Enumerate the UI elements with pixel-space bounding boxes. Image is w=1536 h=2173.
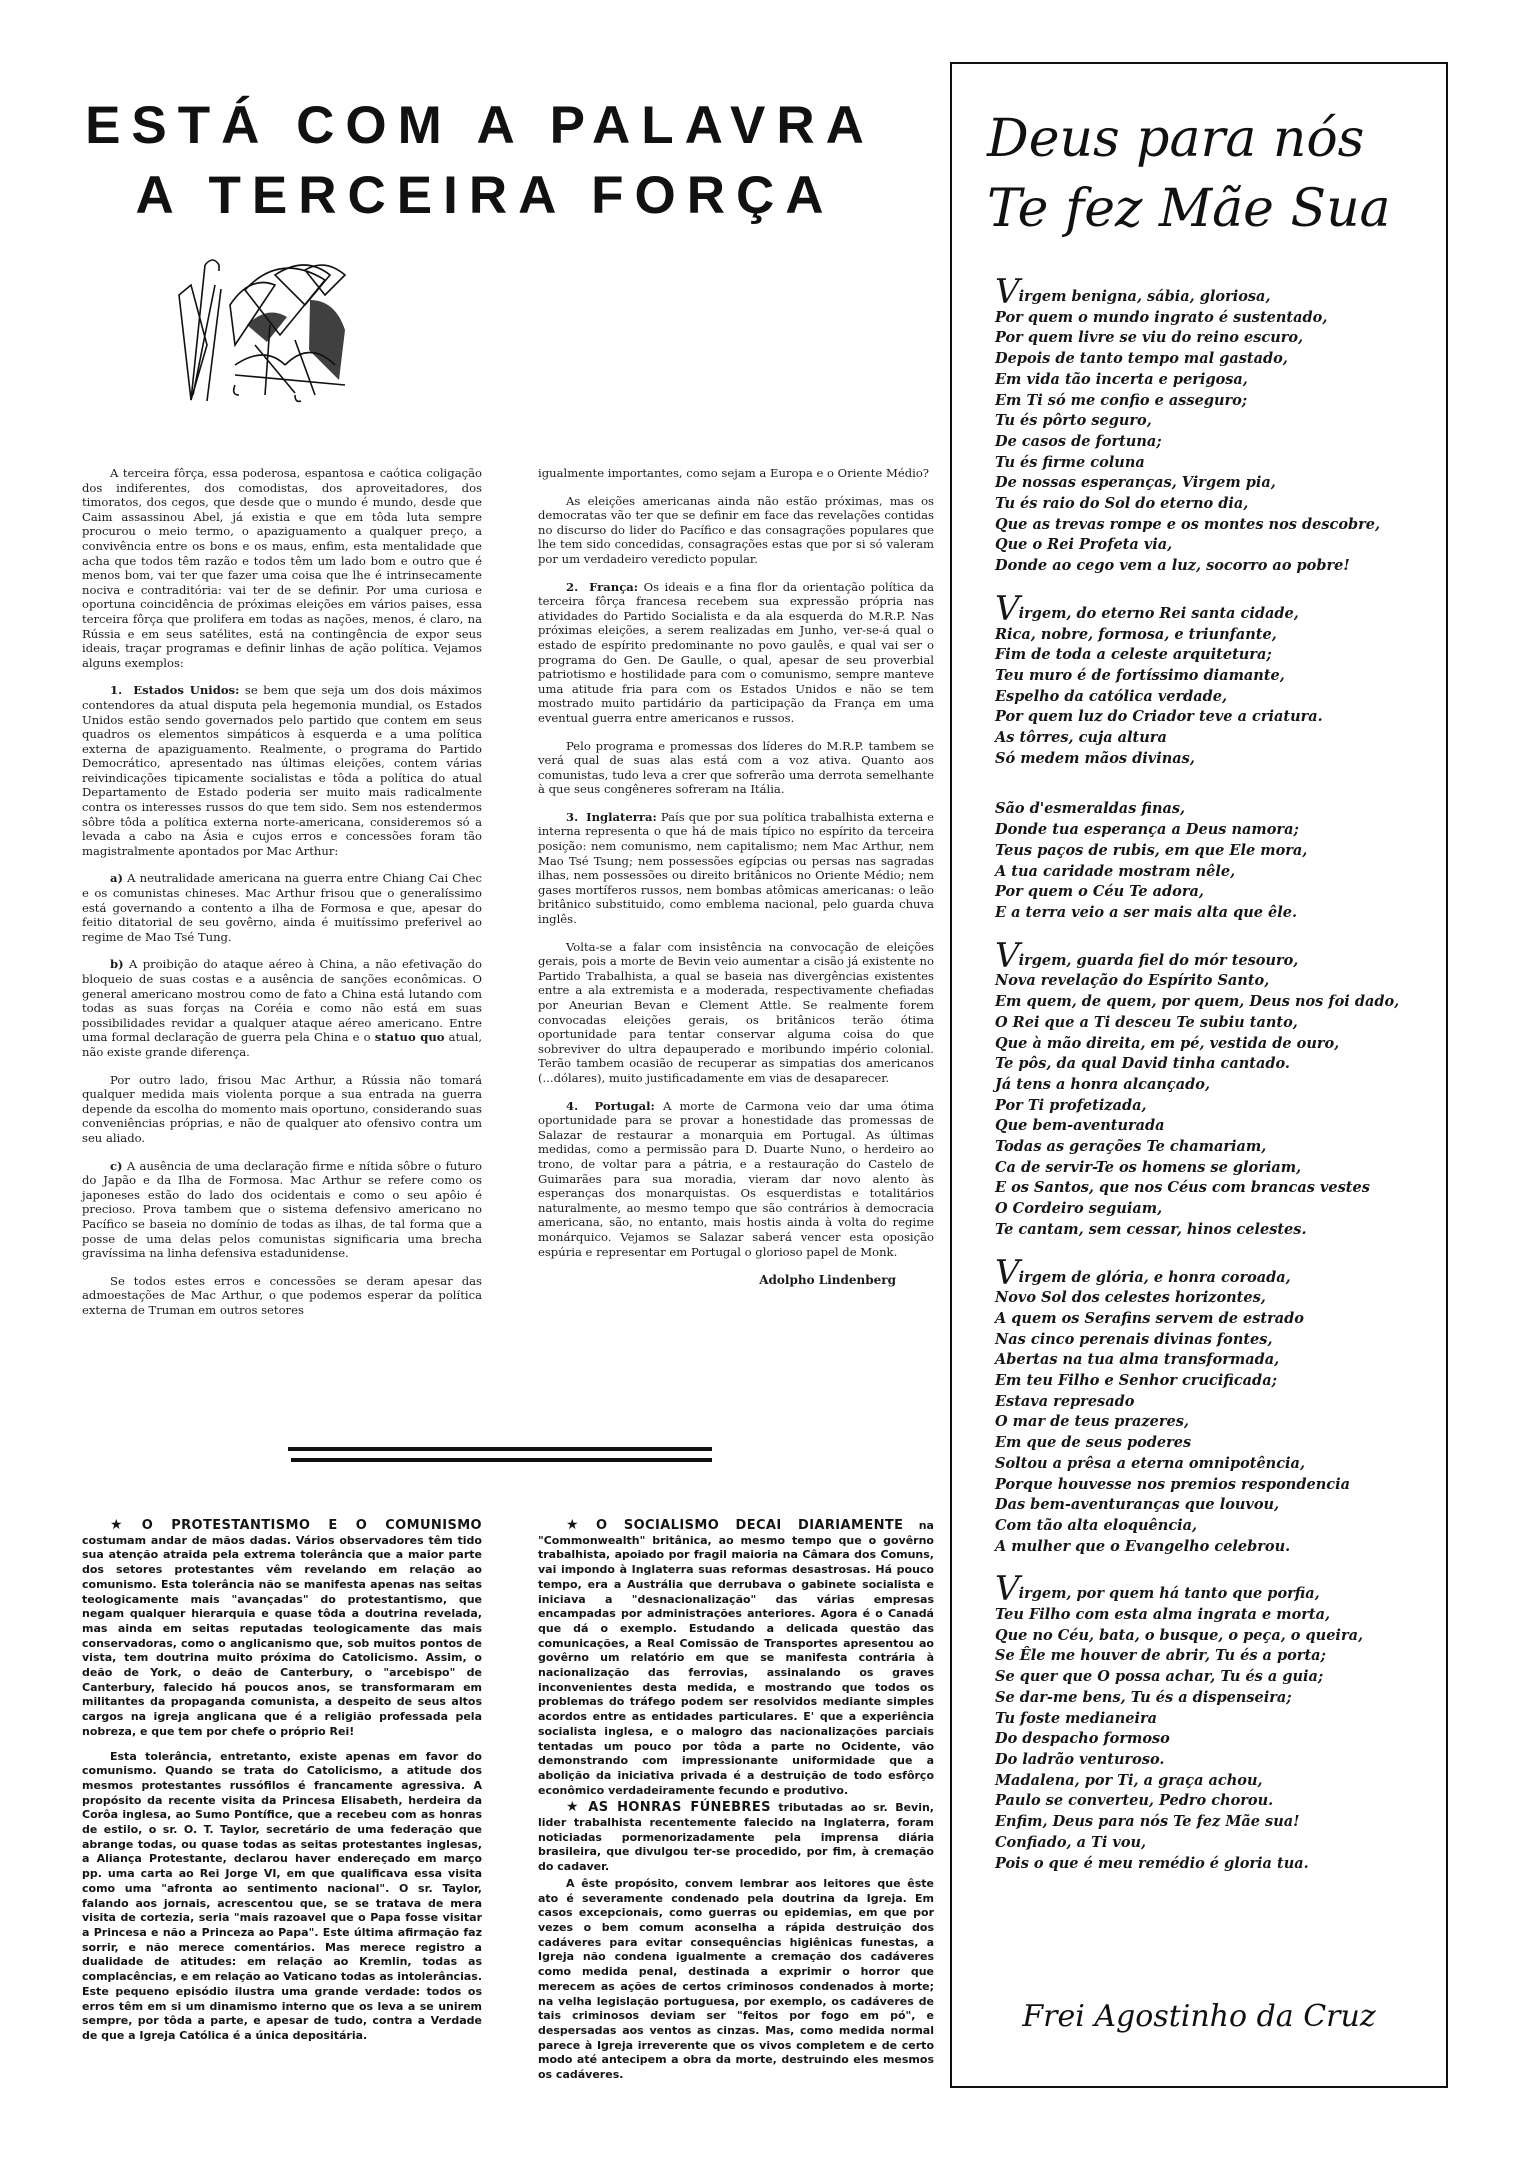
umbrellas-illustration-icon [175, 245, 365, 415]
poem-line: Em vida tão incerta e perigosa, [995, 370, 1425, 391]
poem-line: Tu foste medianeira [995, 1709, 1425, 1730]
poem-line: Abertas na tua alma transformada, [995, 1350, 1425, 1371]
poem-line: Que no Céu, bata, o busque, o peça, o qu… [995, 1626, 1425, 1647]
headline-line-1: ESTÁ COM A PALAVRA [40, 91, 920, 161]
paragraph-eleicoes: As eleições americanas ainda não estão p… [538, 494, 934, 567]
poem-title-line-1: Deus para nós [987, 109, 1364, 169]
section-portugal: 4. Portugal: A morte de Carmona veio dar… [538, 1099, 934, 1260]
poem-line: Paulo se converteu, Pedro chorou. [995, 1791, 1425, 1812]
poem-line: Teu muro é de fortíssimo diamante, [995, 666, 1425, 687]
poem-line: Se Êle me houver de abrir, Tu és a porta… [995, 1646, 1425, 1667]
note-cremacao: A êste propósito, convem lembrar aos lei… [538, 1877, 934, 2083]
poem-line: Por quem livre se viu do reino escuro, [995, 328, 1425, 349]
poem-line: Por Ti profetizada, [995, 1096, 1425, 1117]
poem-line: Que bem-aventurada [995, 1116, 1425, 1137]
star-icon: ★ [566, 1517, 590, 1533]
drop-cap: V [995, 1569, 1020, 1609]
poem-line: Novo Sol dos celestes horizontes, [995, 1288, 1425, 1309]
poem-line: A mulher que o Evangelho celebrou. [995, 1537, 1425, 1558]
poem-line: Ca de servir-Te os homens se gloriam, [995, 1158, 1425, 1179]
poem-line: Estava represado [995, 1392, 1425, 1413]
poem-line: Do despacho formoso [995, 1729, 1425, 1750]
poem-title-line-2: Te fez Mãe Sua [987, 174, 1427, 244]
poem-line: A tua caridade mostram nêle, [995, 862, 1425, 883]
poem-line: Virgem benigna, sábia, gloriosa, [995, 282, 1425, 308]
section-number: 1. [110, 683, 122, 697]
poem-title: Deus para nós Te fez Mãe Sua [987, 104, 1427, 244]
drop-cap: V [995, 589, 1020, 629]
poem-line: E a terra veio a ser mais alta que êle. [995, 903, 1425, 924]
poem-line: Todas as gerações Te chamariam, [995, 1137, 1425, 1158]
star-icon: ★ [566, 1799, 582, 1815]
note-honras-funebres: ★AS HONRAS FÚNEBRES tributadas ao sr. Be… [538, 1800, 934, 1875]
poem-line: Em teu Filho e Senhor crucificada; [995, 1371, 1425, 1392]
poem-line: Te cantam, sem cessar, hinos celestes. [995, 1220, 1425, 1241]
poem-line: De casos de fortuna; [995, 432, 1425, 453]
paragraph-truman: Se todos estes erros e concessões se der… [82, 1274, 482, 1318]
poem-line: Por quem luz do Criador teve a criatura. [995, 707, 1425, 728]
paragraph-mrp: Pelo programa e promessas dos líderes do… [538, 739, 934, 797]
poem-stanza: Virgem benigna, sábia, gloriosa,Por quem… [995, 282, 1425, 577]
poem-line: Se dar-me bens, Tu és a dispenseira; [995, 1688, 1425, 1709]
poem-line: E os Santos, que nos Céus com brancas ve… [995, 1178, 1425, 1199]
poem-line: O Rei que a Ti desceu Te subiu tanto, [995, 1013, 1425, 1034]
poem-line: Rica, nobre, formosa, e triunfante, [995, 625, 1425, 646]
poem-line: Donde tua esperança a Deus namora; [995, 820, 1425, 841]
poem-stanza: Virgem, por quem há tanto que porfia,Teu… [995, 1579, 1425, 1874]
poem-line: São d'esmeraldas finas, [995, 799, 1425, 820]
section-estados-unidos: 1. Estados Unidos: se bem que seja um do… [82, 683, 482, 858]
poem-line: Donde ao cego vem a luz, socorro ao pobr… [995, 556, 1425, 577]
poem-author: Frei Agostinho da Cruz [952, 1999, 1446, 2034]
poem-line: O mar de teus prazeres, [995, 1412, 1425, 1433]
article-column-2: igualmente importantes, como sejam a Eur… [538, 466, 934, 1288]
note-protestantismo: ★O PROTESTANTISMO E O COMUNISMO costumam… [82, 1518, 482, 1740]
poem-line: Virgem, do eterno Rei santa cidade, [995, 599, 1425, 625]
drop-cap: V [995, 1253, 1020, 1293]
poem-box: Deus para nós Te fez Mãe Sua Virgem beni… [950, 62, 1448, 2088]
poem-line: Te pôs, da qual David tinha cantado. [995, 1054, 1425, 1075]
poem-line: Das bem-aventuranças que louvou, [995, 1495, 1425, 1516]
section-divider [288, 1447, 712, 1462]
point-b: b) A proibição do ataque aéreo à China, … [82, 957, 482, 1059]
poem-line: Já tens a honra alcançado, [995, 1075, 1425, 1096]
poem-line: Depois de tanto tempo mal gastado, [995, 349, 1425, 370]
article-signature: Adolpho Lindenberg [538, 1273, 934, 1288]
poem-line: Só medem mãos divinas, [995, 749, 1425, 770]
poem-body: Virgem benigna, sábia, gloriosa,Por quem… [995, 282, 1425, 1896]
poem-stanza: Virgem, guarda fiel do mór tesouro,Nova … [995, 946, 1425, 1241]
poem-line: Teus paços de rubis, em que Ele mora, [995, 841, 1425, 862]
notes-column-2: ★O SOCIALISMO DECAI DIARIAMENTE na "Comm… [538, 1518, 934, 2093]
poem-line: Tu és raio do Sol do eterno dia, [995, 494, 1425, 515]
section-inglaterra: 3. Inglaterra: País que por sua política… [538, 810, 934, 927]
article-column-1: A terceira fôrça, essa poderosa, espanto… [82, 466, 482, 1330]
poem-line: Se quer que O possa achar, Tu és a guia; [995, 1667, 1425, 1688]
newspaper-page: ESTÁ COM A PALAVRA A TERCEIRA FORÇA A te… [0, 0, 1536, 2173]
poem-stanza: Virgem, do eterno Rei santa cidade,Rica,… [995, 599, 1425, 770]
poem-stanza: Virgem de glória, e honra coroada,Novo S… [995, 1263, 1425, 1558]
continued-paragraph: igualmente importantes, como sejam a Eur… [538, 466, 934, 481]
poem-line: Virgem de glória, e honra coroada, [995, 1263, 1425, 1289]
poem-line: Pois o que é meu remédio é gloria tua. [995, 1854, 1425, 1875]
poem-line: Confiado, a Ti vou, [995, 1833, 1425, 1854]
headline-line-2: A TERCEIRA FORÇA [40, 161, 920, 231]
divider-line [291, 1458, 712, 1462]
intro-paragraph: A terceira fôrça, essa poderosa, espanto… [82, 466, 482, 670]
section-franca: 2. França: Os ideais e a fina flor da or… [538, 580, 934, 726]
poem-line: Soltou a prêsa a eterna omnipotência, [995, 1454, 1425, 1475]
divider-line [288, 1447, 712, 1451]
poem-line: Madalena, por Ti, a graça achou, [995, 1771, 1425, 1792]
poem-line: Virgem, guarda fiel do mór tesouro, [995, 946, 1425, 972]
paragraph-bevin: Volta-se a falar com insistência na conv… [538, 940, 934, 1086]
poem-line: Por quem o mundo ingrato é sustentado, [995, 308, 1425, 329]
poem-line: Do ladrão venturoso. [995, 1750, 1425, 1771]
poem-line: Em que de seus poderes [995, 1433, 1425, 1454]
poem-line: Fim de toda a celeste arquitetura; [995, 645, 1425, 666]
poem-line: Tu és pôrto seguro, [995, 411, 1425, 432]
poem-stanza: São d'esmeraldas finas,Donde tua esperan… [995, 799, 1425, 923]
drop-cap: V [995, 936, 1020, 976]
poem-line: Em quem, de quem, por quem, Deus nos foi… [995, 992, 1425, 1013]
poem-line: Nova revelação do Espírito Santo, [995, 971, 1425, 992]
drop-cap: V [995, 272, 1020, 312]
note-protestantismo-continued: Esta tolerância, entretanto, existe apen… [82, 1750, 482, 2044]
poem-line: Por quem o Céu Te adora, [995, 882, 1425, 903]
poem-line: Nas cinco perenais divinas fontes, [995, 1330, 1425, 1351]
star-icon: ★ [110, 1517, 136, 1533]
poem-line: Em Ti só me confio e asseguro; [995, 391, 1425, 412]
notes-column-1: ★O PROTESTANTISMO E O COMUNISMO costumam… [82, 1518, 482, 2054]
poem-line: As tôrres, cuja altura [995, 728, 1425, 749]
poem-line: Teu Filho com esta alma ingrata e morta, [995, 1605, 1425, 1626]
poem-line: Com tão alta eloquência, [995, 1516, 1425, 1537]
poem-line: Virgem, por quem há tanto que porfia, [995, 1579, 1425, 1605]
poem-line: Espelho da católica verdade, [995, 687, 1425, 708]
poem-line: De nossas esperanças, Virgem pia, [995, 473, 1425, 494]
poem-line: Tu és firme coluna [995, 453, 1425, 474]
poem-line: Enfim, Deus para nós Te fez Mãe sua! [995, 1812, 1425, 1833]
section-label: Estados Unidos: [133, 683, 239, 697]
poem-line: Que o Rei Profeta via, [995, 535, 1425, 556]
poem-line: Porque houvesse nos premios respondencia [995, 1475, 1425, 1496]
poem-line: A quem os Serafins servem de estrado [995, 1309, 1425, 1330]
poem-line: Que à mão direita, em pé, vestida de our… [995, 1034, 1425, 1055]
poem-line: O Cordeiro seguiam, [995, 1199, 1425, 1220]
note-socialismo: ★O SOCIALISMO DECAI DIARIAMENTE na "Comm… [538, 1518, 934, 1798]
paragraph-russia: Por outro lado, frisou Mac Arthur, a Rús… [82, 1073, 482, 1146]
article-headline: ESTÁ COM A PALAVRA A TERCEIRA FORÇA [40, 91, 920, 231]
point-c: c) A ausência de uma declaração firme e … [82, 1159, 482, 1261]
point-a: a) A neutralidade americana na guerra en… [82, 871, 482, 944]
poem-line: Que as trevas rompe e os montes nos desc… [995, 515, 1425, 536]
